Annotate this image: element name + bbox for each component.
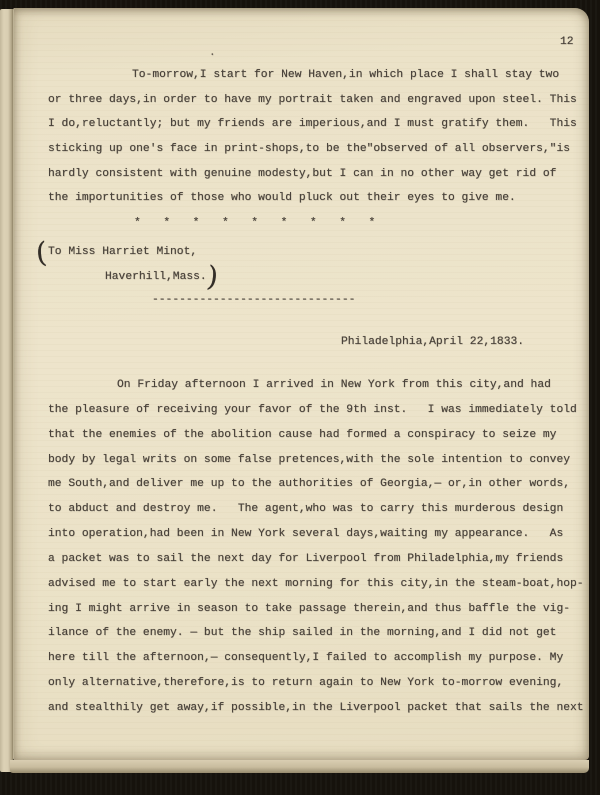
typed-line: only alternative,therefore,is to return …	[48, 671, 584, 696]
letter-dateline: Philadelphia,April 22,1833.	[341, 330, 524, 355]
paragraph-letter-body: On Friday afternoon I arrived in New Yor…	[48, 373, 584, 721]
stray-ink-dot: .	[209, 41, 216, 66]
typed-line: that the enemies of the abolition cause …	[48, 423, 584, 448]
typed-line: here till the afternoon,— consequently,I…	[48, 646, 584, 671]
typed-line: me South,and deliver me up to the author…	[48, 472, 584, 497]
typed-line: to abduct and destroy me. The agent,who …	[48, 497, 584, 522]
scanned-letter-photo: 12 . To-morrow,I start for New Haven,in …	[0, 0, 600, 795]
typed-line: I do,reluctantly; but my friends are imp…	[48, 112, 577, 137]
typed-line: and stealthily get away,if possible,in t…	[48, 696, 584, 721]
typed-text-layer: 12 . To-morrow,I start for New Haven,in …	[0, 0, 600, 795]
typed-line: hardly consistent with genuine modesty,b…	[48, 162, 577, 187]
typed-line: advised me to start early the next morni…	[48, 572, 584, 597]
typed-line: into operation,had been in New York seve…	[48, 522, 584, 547]
typed-line: the importunities of those who would plu…	[48, 186, 577, 211]
paragraph-letter-ending: To-morrow,I start for New Haven,in which…	[48, 63, 577, 211]
typed-line: ing I might arrive in season to take pas…	[48, 597, 584, 622]
address-recipient-line: To Miss Harriet Minot,	[48, 240, 197, 265]
typed-line: On Friday afternoon I arrived in New Yor…	[48, 373, 584, 398]
asterisk-separator: * * * * * * * * *	[134, 211, 376, 236]
typed-line: the pleasure of receiving your favor of …	[48, 398, 584, 423]
typed-line: ilance of the enemy. — but the ship sail…	[48, 621, 584, 646]
typed-line: To-morrow,I start for New Haven,in which…	[48, 63, 577, 88]
address-town-line: Haverhill,Mass.	[105, 265, 207, 290]
typed-line: or three days,in order to have my portra…	[48, 88, 577, 113]
handwritten-open-paren: (	[35, 239, 48, 268]
dashed-divider: ------------------------------	[152, 288, 355, 313]
typed-line: a packet was to sail the next day for Li…	[48, 547, 584, 572]
typed-line: sticking up one's face in print-shops,to…	[48, 137, 577, 162]
typed-line: body by legal writs on some false preten…	[48, 448, 584, 473]
page-number: 12	[560, 30, 574, 55]
